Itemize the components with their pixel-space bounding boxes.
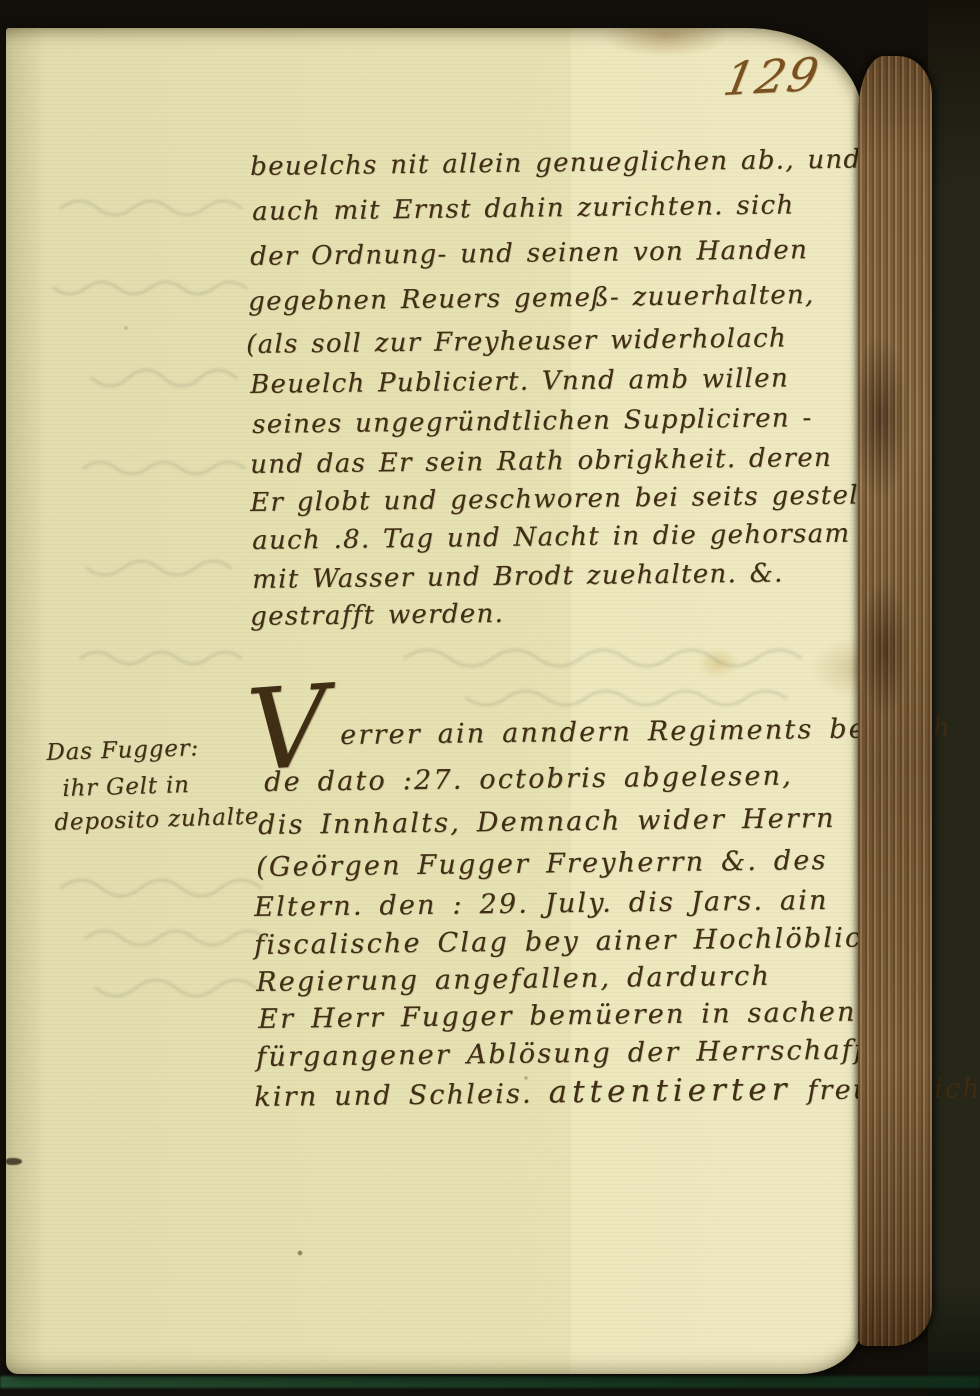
manuscript-page: 129 beuelchs nit allein genueglichen ab.… bbox=[6, 28, 862, 1374]
handwritten-line: de dato :27. octobris abgelesen, bbox=[264, 761, 793, 798]
handwritten-line: Er globt und geschworen bei seits gestel… bbox=[250, 480, 880, 518]
handwritten-line: mit Wasser und Brodt zuehalten. &. bbox=[252, 559, 784, 595]
handwritten-line: (als soll zur Freyheuser widerholach bbox=[246, 323, 787, 360]
handwritten-line: gestrafft werden. bbox=[250, 599, 504, 632]
margin-note-line: ihr Gelt in bbox=[62, 772, 190, 802]
ink-bleedthrough bbox=[36, 858, 276, 1018]
margin-note-line: Das Fugger: bbox=[46, 735, 199, 766]
handwritten-line: (Geörgen Fugger Freyherrn &. des bbox=[256, 845, 828, 883]
margin-note-line: deposito zuhalte bbox=[54, 804, 260, 836]
handwritten-line: Beuelch Publiciert. Vnnd amb willen bbox=[250, 363, 789, 400]
handwritten-line: fiscalische Clag bey ainer Hochlöblich bbox=[254, 922, 882, 961]
handwritten-line: Regierung angefallen, dardurch bbox=[256, 961, 771, 998]
handwritten-line: Eltern. den : 29. July. dis Jars. ain bbox=[254, 885, 829, 923]
handwritten-line: und das Er sein Rath obrigkheit. deren bbox=[250, 443, 832, 480]
book-fore-edge bbox=[858, 56, 932, 1346]
handwritten-line: seines ungegründtlichen Suppliciren - bbox=[252, 403, 813, 440]
manuscript-photo: 129 beuelchs nit allein genueglichen ab.… bbox=[0, 0, 980, 1396]
handwritten-line: der Ordnung- und seinen von Handen bbox=[250, 235, 808, 272]
handwritten-line: auch .8. Tag und Nacht in die gehorsam bbox=[252, 519, 851, 556]
page-number: 129 bbox=[719, 47, 825, 106]
handwritten-line: fürgangener Ablösung der Herrschafft bbox=[256, 1034, 879, 1073]
handwritten-line: dis Innhalts, Demnach wider Herrn bbox=[258, 803, 836, 841]
background-right bbox=[928, 0, 980, 1396]
ink-mark bbox=[6, 1158, 22, 1165]
handwritten-line: beuelchs nit allein genueglichen ab., un… bbox=[250, 145, 862, 182]
bottom-green-stripe bbox=[0, 1376, 980, 1388]
handwritten-line: auch mit Ernst dahin zurichten. sich bbox=[252, 190, 795, 227]
handwritten-line: Er Herr Fugger bemüeren in sachen bbox=[258, 997, 857, 1035]
ink-bleedthrough bbox=[36, 168, 256, 728]
ink-bleedthrough bbox=[296, 628, 816, 718]
last-line-emphasis: attentierter bbox=[548, 1071, 791, 1110]
handwritten-line: gegebnen Reuers gemeß- zuuerhalten, bbox=[248, 280, 815, 317]
last-line-pre: kirn und Schleis. bbox=[254, 1079, 533, 1113]
